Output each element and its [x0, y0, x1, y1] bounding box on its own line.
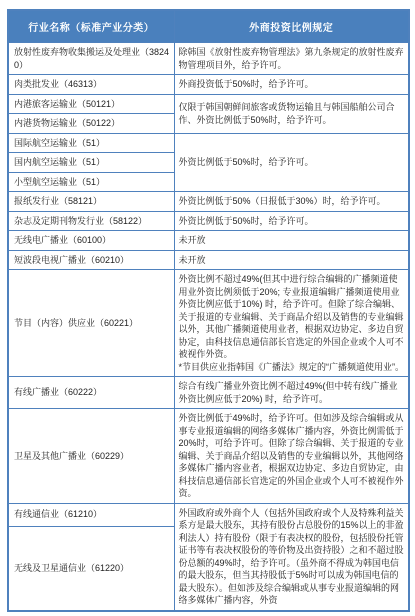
regulation-cell: 外商投资低于50%时，给予许可。 — [174, 75, 409, 95]
industry-cell: 节目（内容）供应业（60221） — [8, 270, 174, 377]
regulation-cell: 未开放 — [174, 231, 409, 251]
industry-cell: 卫星及其他广播业（60229） — [8, 409, 174, 504]
industry-cell: 报纸发行业（58121） — [8, 192, 174, 212]
regulation-cell: 外国政府或外商个人（包括外国政府或个人及特殊利益关系方是最大股东，其持有股份占总… — [174, 503, 409, 611]
industry-cell: 国内航空运输业（51） — [8, 153, 174, 173]
industry-cell: 杂志及定期刊物发行业（58122） — [8, 211, 174, 231]
table-row: 节目（内容）供应业（60221） 外资比例不超过49%(但其中进行综合编辑的广播… — [8, 270, 409, 377]
regulation-cell: 外资比例低于49%时，给予许可。但如涉及综合编辑或从事专业报道编辑的网络多媒体广… — [174, 409, 409, 504]
table-row: 放射性废弃物收集搬运及处理业（38240） 除韩国《放射性废弃物管理法》第九条规… — [8, 43, 409, 75]
regulation-cell: 外资比例低于50%时，给予许可。 — [174, 211, 409, 231]
industry-cell: 内港旅客运输业（50121） — [8, 94, 174, 114]
industry-cell: 短波段电视广播业（60210） — [8, 250, 174, 270]
industry-cell: 放射性废弃物收集搬运及处理业（38240） — [8, 43, 174, 75]
industry-cell: 肉类批发业（46313） — [8, 75, 174, 95]
table-row: 短波段电视广播业（60210） 未开放 — [8, 250, 409, 270]
regulation-cell: 仅限于韩国朝鲜间旅客或货物运输且与韩国船舶公司合作、外资比例低于50%时，给予许… — [174, 94, 409, 133]
regulation-cell: 除韩国《放射性废弃物管理法》第九条规定的放射性废弃物管理项目外，给予许可。 — [174, 43, 409, 75]
table-header-row: 行业名称（标准产业分类） 外商投资比例规定 — [8, 10, 409, 43]
table-row: 内港旅客运输业（50121） 仅限于韩国朝鲜间旅客或货物运输且与韩国船舶公司合作… — [8, 94, 409, 114]
table-row: 肉类批发业（46313） 外商投资低于50%时，给予许可。 — [8, 75, 409, 95]
regulation-cell: 未开放 — [174, 250, 409, 270]
document-page: 行业名称（标准产业分类） 外商投资比例规定 放射性废弃物收集搬运及处理业（382… — [0, 0, 415, 616]
foreign-investment-regulation-table: 行业名称（标准产业分类） 外商投资比例规定 放射性废弃物收集搬运及处理业（382… — [7, 9, 410, 612]
table-row: 无线电广播业（60100） 未开放 — [8, 231, 409, 251]
industry-cell: 国际航空运输业（51） — [8, 133, 174, 153]
table-row: 国际航空运输业（51） 外资比例低于50%时，给予许可。 — [8, 133, 409, 153]
regulation-cell: 外资比例低于50%时，给予许可。 — [174, 133, 409, 192]
industry-cell: 无线电广播业（60100） — [8, 231, 174, 251]
regulation-cell: 外资比例不超过49%(但其中进行综合编辑的广播频道使用业外资比例须低于20%; … — [174, 270, 409, 377]
regulation-cell: 外资比例低于50%（日报低于30%）时，给予许可。 — [174, 192, 409, 212]
industry-cell: 有线通信业（61210） — [8, 503, 174, 526]
header-cell-industry: 行业名称（标准产业分类） — [8, 10, 174, 43]
industry-cell: 小型航空运输业（51） — [8, 172, 174, 192]
table-row: 杂志及定期刊物发行业（58122） 外资比例低于50%时，给予许可。 — [8, 211, 409, 231]
industry-cell: 无线及卫星通信业（61220） — [8, 526, 174, 611]
industry-cell: 内港货物运输业（50122） — [8, 114, 174, 134]
industry-cell: 有线广播业（60222） — [8, 377, 174, 409]
regulation-cell: 综合有线广播业外资比例不超过49%(但中转有线广播业外资比例应低于20%) 时，… — [174, 377, 409, 409]
table-row: 卫星及其他广播业（60229） 外资比例低于49%时，给予许可。但如涉及综合编辑… — [8, 409, 409, 504]
header-cell-regulation: 外商投资比例规定 — [174, 10, 409, 43]
table-row: 报纸发行业（58121） 外资比例低于50%（日报低于30%）时，给予许可。 — [8, 192, 409, 212]
table-row: 有线广播业（60222） 综合有线广播业外资比例不超过49%(但中转有线广播业外… — [8, 377, 409, 409]
table-row: 有线通信业（61210） 外国政府或外商个人（包括外国政府或个人及特殊利益关系方… — [8, 503, 409, 526]
